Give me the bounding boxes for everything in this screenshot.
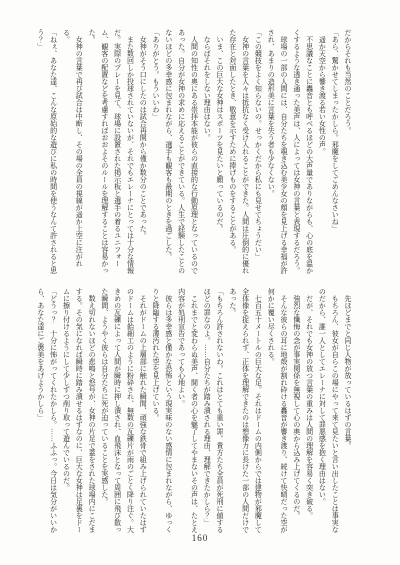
- paragraph: 「ありがとう。もういいわ」: [149, 29, 162, 275]
- paragraph: そんな彼らの耳に地殻が割れ砕ける轟音が響き渡り、続けて快晴だった空が何かに覆い尽…: [264, 288, 290, 534]
- paragraph: 球場の一部の人間には、自分たちを覗き込む美少女の顔を見上げる幸福が許され、あまり…: [264, 29, 290, 275]
- paragraph: 「もちろん許されないわ。これはとても重い罪。貴方たち全員が死刑に値するほどの罪な…: [200, 288, 226, 534]
- text-block-upper: だからそれも当然のことだろう。 「あら、驚かせてしまったかしら。邪魔をしてごめん…: [34, 29, 354, 275]
- paragraph: 「あら、驚かせてしまったかしら。邪魔をしてごめんなさいね」: [328, 29, 341, 275]
- text-block-lower: 先ほどまでと同じ人物が放っているはずの言葉。 もちろん、彼女が自らこの場にやって…: [34, 288, 354, 534]
- paragraph: 人間の知性の奥にある崇拝本能が彼らの直接的な行動原理となっているのであった。自分…: [162, 29, 200, 275]
- paragraph: もちろん、彼女が自らこの場にやって来て見たいと言い出したことは事実なのだから、誰…: [316, 288, 342, 534]
- paragraph: 数え切れないほどの悲鳴と怒号が、女神の片足で蓋をされた球場内にこだまする。その気…: [60, 288, 98, 534]
- paragraph: 「この競技をよく知らないの。せっかくだから私にも見せてちょうだい」: [252, 29, 265, 275]
- paragraph: それがドームの上層部に触れた瞬間、頑強な鉄骨で組み上げられていたはずのドームは飴…: [98, 288, 149, 534]
- paragraph: いま、この巨大な女神はスポーツを見たいと願っているのだ。: [213, 29, 226, 275]
- paragraph: また数回しか投球されていないが、それでもエレーナにとっては十分な情報だ。実際のプ…: [85, 29, 136, 275]
- book-page: だからそれも当然のことだろう。 「あら、驚かせてしまったかしら。邪魔をしてごめん…: [0, 0, 400, 565]
- paragraph: 不思議なことに轟音とも呼べるほどの大声量でありながらも、心の底を温かくするような…: [290, 29, 316, 275]
- paragraph: 「どうっ？ 十分に怖がってくれたかしら。……ふふっ。今日は気分がいいから、あなた…: [34, 288, 60, 534]
- paragraph: 女神の言葉で再び試合は中断し、その場の全員の視線が遥か上空に注がれる。: [60, 29, 86, 275]
- paragraph: 遥か天空から響き渡る若い女性の声。: [316, 29, 329, 275]
- paragraph: 女神がそう口にしたのは試合再開から僅か数分のことであった。: [136, 29, 149, 275]
- paragraph: 女神の言葉を人々は抵抗なく受け入れることができた。人間は圧倒的に優れた存在と対面…: [226, 29, 252, 275]
- paragraph: 先ほどまでと同じ人物が放っているはずの言葉。: [341, 288, 354, 534]
- paragraph: これまでと変わらぬ美声、聞く者の心を魅了してやまないその声は、たとえ内容が処刑宣…: [175, 288, 201, 534]
- paragraph: だが、それでも女神の放つ言葉の重みは人間の理解を容易く突き破る。: [303, 288, 316, 534]
- paragraph: ならばそれをしない理由はない。: [200, 29, 213, 275]
- paragraph: 彼らは多幸感と僅かな恐怖という現実味のない感情に包まれながら、ゆっくりと降臨する…: [149, 288, 175, 534]
- paragraph: 「ねぇ、あなた達、こんな原始的な遊びに私の時間を使うなんて許されると思う？」: [34, 29, 60, 275]
- paragraph: 強烈な懺悔の念が事実関係を無視して心の奥から込み上げてくるのだ。: [290, 288, 303, 534]
- paragraph: 七百五十メートルの巨大な足。それはドームの内側からでは建物が邪魔して全体像を捉え…: [226, 288, 264, 534]
- page-number: 160: [0, 533, 400, 543]
- paragraph: だからそれも当然のことだろう。: [341, 29, 354, 275]
